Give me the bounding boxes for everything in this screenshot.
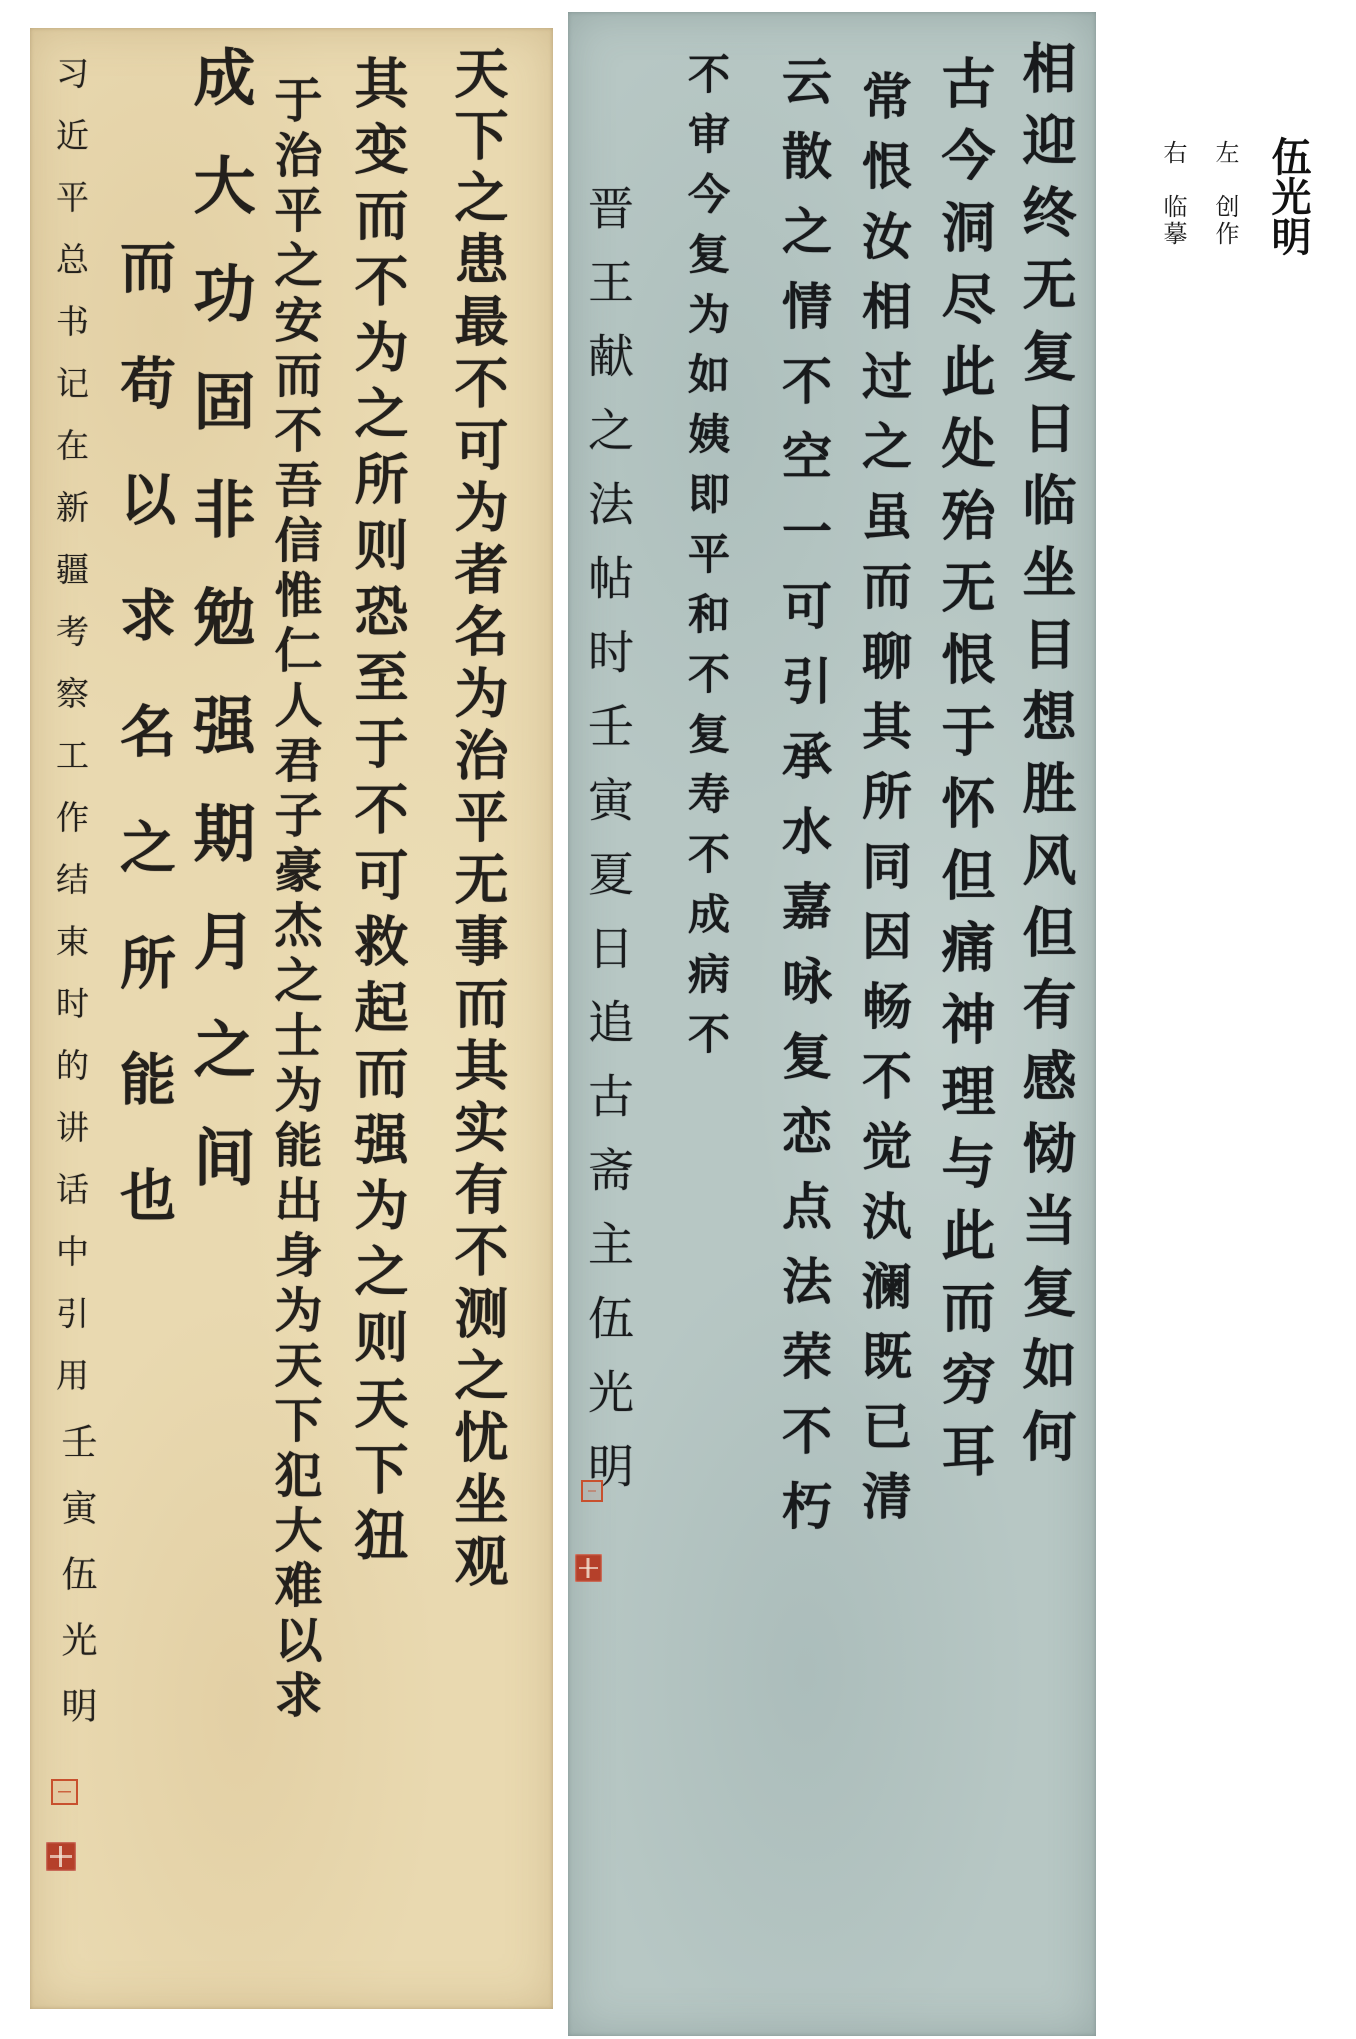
calligraphy-column: 天下之患最不可为者名为治平无事而其实有不测之忧坐观: [450, 45, 504, 1595]
calligraphy-column: 而苟以求名之所能也: [115, 238, 171, 1282]
artist-seal-icon: [575, 1554, 602, 1582]
legend-left-position: 左: [1212, 140, 1236, 164]
signature-column: 壬寅伍光明: [58, 1423, 94, 1753]
artist-seal-icon: [46, 1842, 76, 1871]
artist-seal-icon: [51, 1779, 78, 1805]
legend-left-type: 创作: [1212, 194, 1236, 248]
calligraphy-column: 云散之情不空一可引承水嘉咏复恋点法荣不朽: [778, 55, 828, 1555]
attribution-column: 习近平总书记在新疆考察工作结束时的讲话中引用: [54, 56, 87, 1420]
calligraphy-column: 于治平之安而不吾信惟仁人君子豪杰之士为能出身为天下犯大难以求: [270, 75, 318, 1725]
artist-seal-icon: [581, 1480, 603, 1502]
caption-block: 伍光明 左 创作 右 临摹: [1150, 130, 1330, 430]
legend-right-position: 右: [1160, 140, 1184, 164]
calligraphy-column: 常恨汝相过之虽而聊其所同因畅不觉汍澜既已清: [858, 70, 908, 1540]
left-scroll-creation: 天下之患最不可为者名为治平无事而其实有不测之忧坐观 其变而不为之所则恐至于不可救…: [30, 28, 553, 2009]
calligraphy-column: 其变而不为之所则恐至于不可救起而强为之则天下狃: [350, 55, 404, 1573]
legend-right-work: 右 临摹: [1160, 140, 1184, 248]
calligraphy-column: 古今洞尽此处殆无恨于怀但痛神理与此而穷耳: [937, 55, 991, 1495]
calligraphy-column: 不审今复为如姨即平和不复寿不成病不: [685, 52, 727, 1072]
legend-left-work: 左 创作: [1212, 140, 1236, 248]
colophon-column: 晋王献之法帖时壬寅夏日追古斋主伍光明: [585, 184, 631, 1516]
right-scroll-copy: 相迎终无复日临坐目想胜风但有感恸当复如何 古今洞尽此处殆无恨于怀但痛神理与此而穷…: [568, 12, 1096, 2036]
artist-name: 伍光明: [1268, 136, 1308, 256]
calligraphy-column: 成大功固非勉强期月之间: [188, 45, 250, 1233]
legend-right-type: 临摹: [1160, 194, 1184, 248]
calligraphy-column: 相迎终无复日临坐目想胜风但有感恸当复如何: [1018, 40, 1072, 1480]
